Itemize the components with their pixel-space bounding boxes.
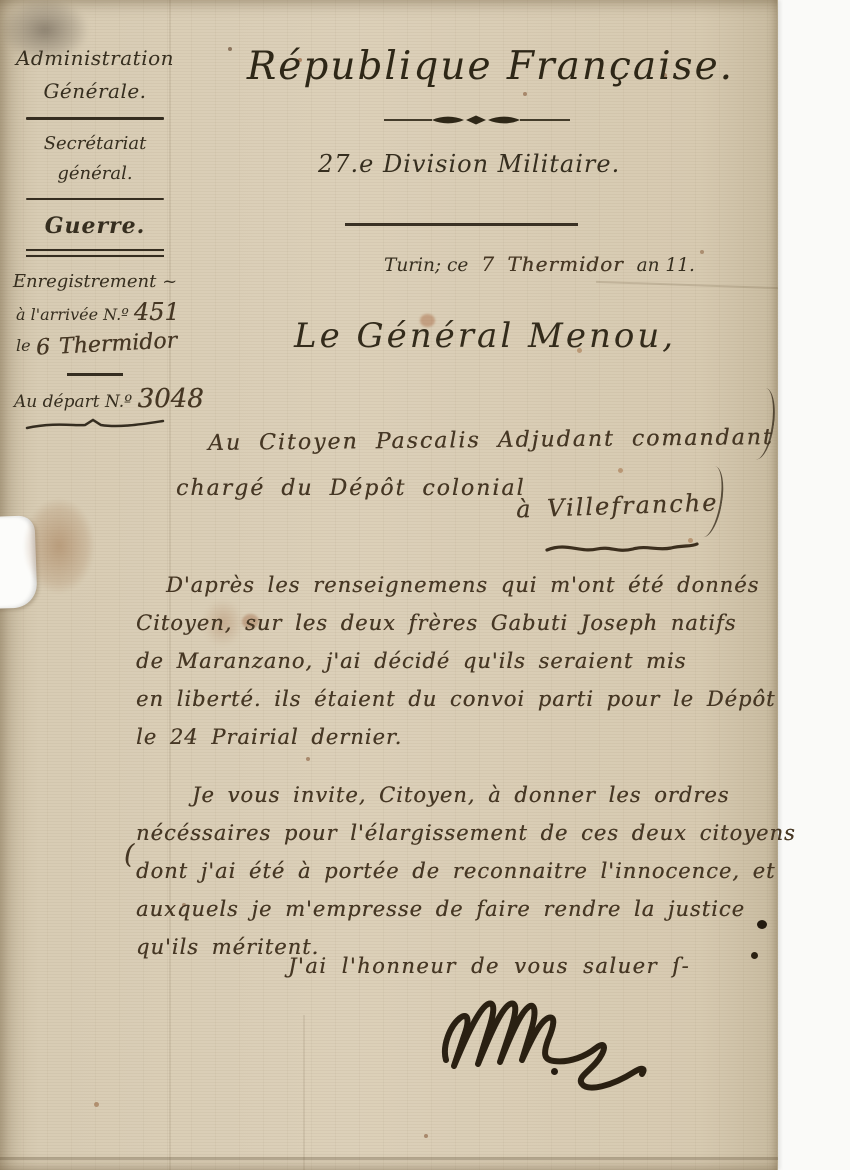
- body-line: D'après les renseignemens qui m'ont été …: [136, 566, 796, 604]
- signature-scrawl-icon: [436, 988, 651, 1098]
- registry-arrival-date-line: le 6 Thermidor: [12, 330, 178, 361]
- page-title: République Française.: [238, 44, 743, 89]
- body-line: en liberté. ils étaient du convoi parti …: [136, 680, 796, 718]
- registry-arrival-label: à l'arrivée N.º: [16, 305, 129, 324]
- registry-departure-number: 3048: [138, 384, 204, 414]
- division-underline-rule: [345, 223, 578, 226]
- registry-arrival-line: à l'arrivée N.º 451: [12, 297, 178, 330]
- fleuron-divider-icon: [384, 112, 570, 128]
- body-paragraph-2: Je vous invite, Citoyen, à donner les or…: [136, 776, 796, 966]
- body-paragraph-1: D'après les renseignemens qui m'ont été …: [136, 566, 796, 756]
- closing-salutation: J'ai l'honneur de vous saluer ſ-: [288, 954, 690, 978]
- body-line: nécéssaires pour l'élargissement de ces …: [136, 814, 796, 852]
- registry-administration-label: Administration: [12, 42, 178, 75]
- registry-divider-rule: [26, 117, 164, 120]
- registry-arrival-number: 451: [134, 298, 180, 326]
- division-heading: 27.e Division Militaire.: [318, 150, 620, 178]
- registry-double-rule: [26, 249, 164, 257]
- registry-departure-label: Au départ N.º: [14, 392, 132, 412]
- dateline: Turin; ce 7 Thermidor an 11.: [384, 252, 695, 276]
- registry-stamp-block: Administration Générale. Secrétariat gén…: [12, 42, 178, 432]
- body-line: de Maranzano, j'ai décidé qu'ils seraien…: [136, 642, 796, 680]
- wavy-flourish-icon: [545, 540, 700, 556]
- registry-bureau-label: Guerre.: [12, 209, 178, 243]
- registry-short-rule: [67, 373, 123, 376]
- dateline-year: an 11.: [637, 255, 695, 276]
- scanned-letter: Administration Générale. Secrétariat gén…: [0, 0, 850, 1170]
- registry-secretariat-label: Secrétariat général.: [12, 129, 178, 189]
- registry-date-label: le: [16, 336, 31, 355]
- body-line: le 24 Prairial dernier.: [136, 718, 796, 756]
- paper-tear-notch: [0, 515, 38, 608]
- margin-mark: (: [124, 840, 135, 870]
- dateline-date-handwritten: 7 Thermidor: [481, 252, 623, 276]
- sender-name-heading: Le Général Menou,: [294, 316, 676, 356]
- addressee-line: chargé du Dépôt colonial: [176, 476, 526, 501]
- dateline-place: Turin; ce: [384, 255, 468, 276]
- registry-departure-line: Au départ N.º 3048: [12, 384, 178, 414]
- brace-flourish-icon: [25, 418, 165, 432]
- registry-divider-rule: [26, 198, 164, 200]
- body-line: auxquels je m'empresse de faire rendre l…: [136, 890, 796, 928]
- registry-enregistrement-label: Enregistrement ~: [12, 267, 178, 297]
- body-line: Je vous invite, Citoyen, à donner les or…: [136, 776, 796, 814]
- registry-generale-label: Générale.: [12, 75, 178, 108]
- registry-arrival-date: 6 Thermidor: [35, 326, 178, 363]
- body-line: dont j'ai été à portée de reconnaitre l'…: [136, 852, 796, 890]
- body-line: Citoyen, sur les deux frères Gabuti Jose…: [136, 604, 796, 642]
